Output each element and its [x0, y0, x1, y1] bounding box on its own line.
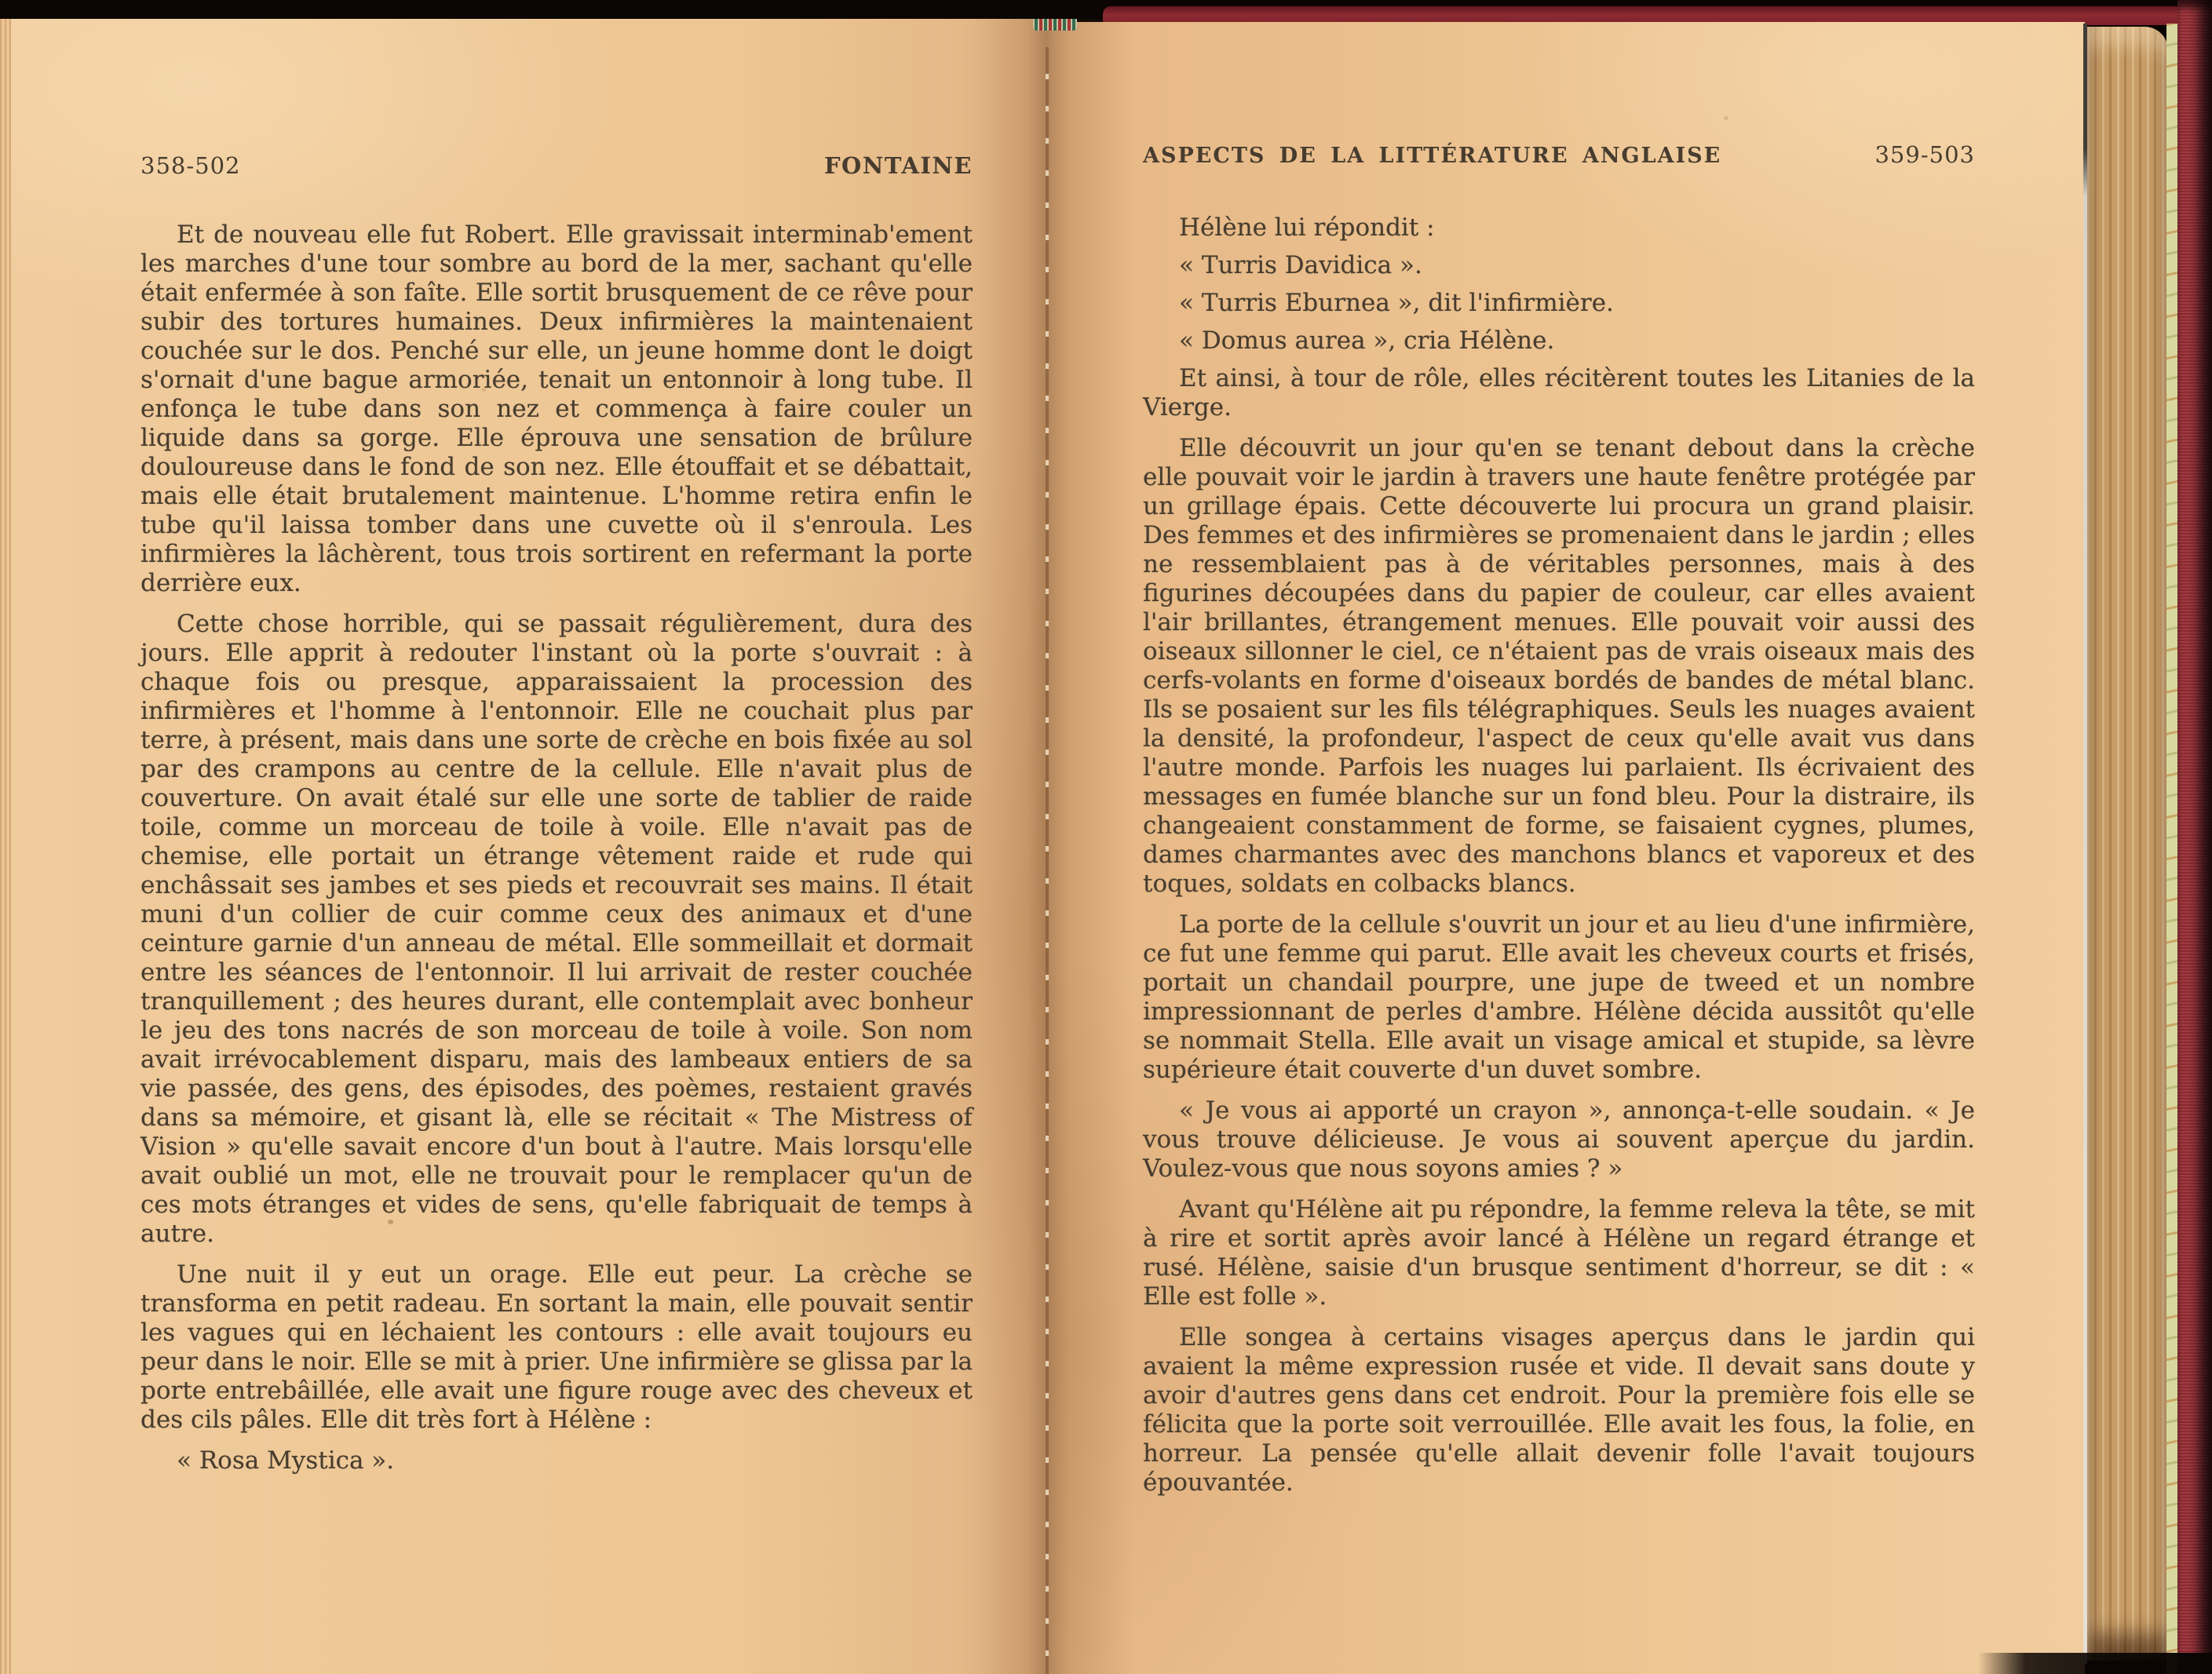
binding-stitches: [1046, 47, 1049, 1674]
paragraph: La porte de la cellule s'ouvrit un jour …: [1143, 910, 1975, 1085]
right-page: ASPECTS DE LA LITTÉRATURE ANGLAISE 359-5…: [1049, 22, 2085, 1674]
paragraph: Et ainsi, à tour de rôle, elles récitère…: [1143, 364, 1975, 422]
dialogue-line: Hélène lui répondit :: [1143, 213, 1975, 243]
foxing-speck: [1253, 1427, 1257, 1431]
paragraph: Et de nouveau elle fut Robert. Elle grav…: [141, 221, 973, 598]
paragraph: Avant qu'Hélène ait pu répondre, la femm…: [1143, 1195, 1975, 1311]
dialogue-line: « Turris Eburnea », dit l'infirmière.: [1143, 289, 1975, 318]
right-page-text: Hélène lui répondit :« Turris Davidica »…: [1143, 213, 1975, 1509]
right-page-header: ASPECTS DE LA LITTÉRATURE ANGLAISE 359-5…: [1143, 141, 1975, 168]
running-title-author: FONTAINE: [824, 152, 973, 179]
foxing-speck: [246, 819, 250, 822]
left-page-header: 358-502 FONTAINE: [141, 152, 973, 179]
dialogue-line: « Domus aurea », cria Hélène.: [1143, 326, 1975, 356]
left-page-number: 358-502: [141, 152, 241, 179]
right-page-paragraphs: Et ainsi, à tour de rôle, elles récitère…: [1143, 364, 1975, 1497]
fore-edge-pages: [2087, 27, 2168, 1661]
dialogue-line: « Turris Davidica ».: [1143, 251, 1975, 280]
paragraph: Cette chose horrible, qui se passait rég…: [141, 610, 973, 1249]
foxing-speck: [482, 388, 486, 392]
paragraph: Elle songea à certains visages aperçus d…: [1143, 1323, 1975, 1497]
paragraph: Une nuit il y eut un orage. Elle eut peu…: [141, 1260, 973, 1435]
open-book-scan: 358-502 FONTAINE Et de nouveau elle fut …: [0, 0, 2212, 1674]
right-page-number: 359-503: [1874, 141, 1975, 168]
left-page: 358-502 FONTAINE Et de nouveau elle fut …: [11, 19, 1049, 1674]
foxing-speck: [388, 1220, 393, 1224]
paragraph: « Je vous ai apporté un crayon », annonç…: [1143, 1096, 1975, 1183]
left-page-paragraphs: Et de nouveau elle fut Robert. Elle grav…: [141, 221, 973, 1435]
running-title-book: ASPECTS DE LA LITTÉRATURE ANGLAISE: [1143, 144, 1721, 168]
paragraph: Elle découvrit un jour qu'en se tenant d…: [1143, 434, 1975, 899]
rosa-mystica-line: « Rosa Mystica ».: [141, 1446, 973, 1475]
red-cloth-cover: [2177, 0, 2212, 1674]
left-page-text: Et de nouveau elle fut Robert. Elle grav…: [141, 221, 973, 1487]
bottom-edge-shadow: [1978, 1653, 2212, 1674]
right-page-dialogue: Hélène lui répondit :« Turris Davidica »…: [1143, 213, 1975, 356]
headband: [1033, 19, 1077, 31]
foxing-speck: [1724, 116, 1728, 120]
